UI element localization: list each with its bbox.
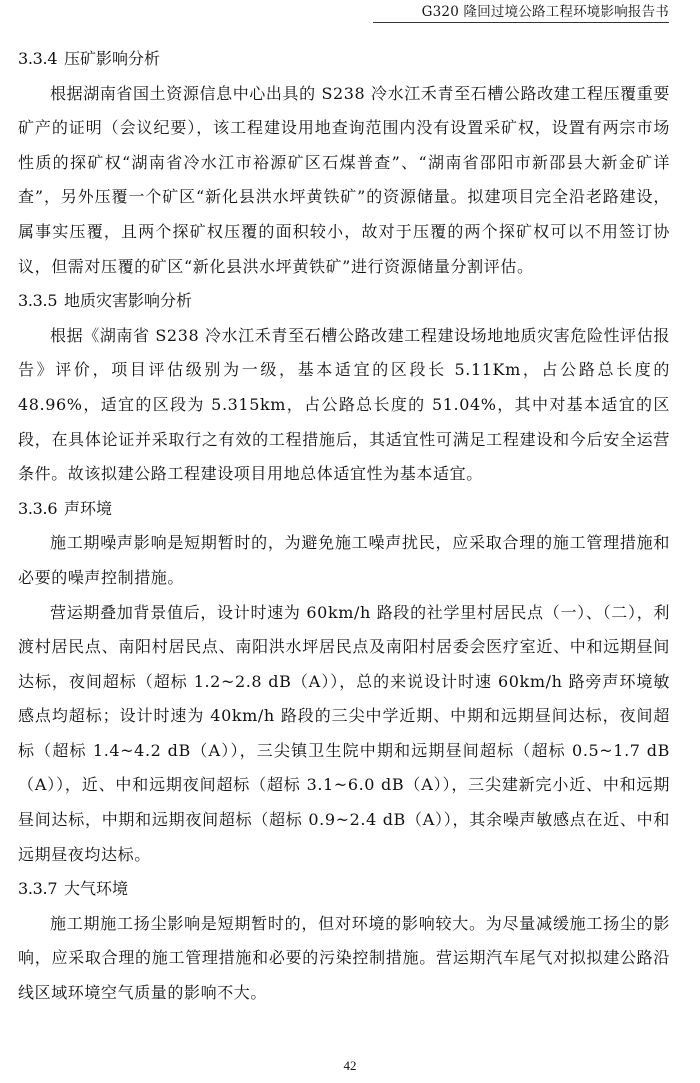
section-3-3-4: 3.3.4压矿影响分析 根据湖南省国土资源信息中心出具的 S238 冷水江禾青至… (18, 42, 670, 284)
section-number: 3.3.7 (18, 872, 64, 907)
section-title: 压矿影响分析 (64, 49, 160, 68)
section-number: 3.3.4 (18, 42, 64, 77)
section-heading: 3.3.4压矿影响分析 (18, 42, 670, 77)
paragraph: 施工期施工扬尘影响是短期暂时的，但对环境的影响较大。为尽量减缓施工扬尘的影响，应… (18, 907, 670, 1011)
document-body: 3.3.4压矿影响分析 根据湖南省国土资源信息中心出具的 S238 冷水江禾青至… (18, 42, 670, 1011)
section-heading: 3.3.6声环境 (18, 492, 670, 527)
paragraph: 施工期噪声影响是短期暂时的，为避免施工噪声扰民，应采取合理的施工管理措施和必要的… (18, 526, 670, 595)
page-number: 42 (0, 1058, 700, 1074)
paragraph: 根据《湖南省 S238 冷水江禾青至石槽公路改建工程建设场地地质灾害危险性评估报… (18, 319, 670, 492)
section-3-3-6: 3.3.6声环境 施工期噪声影响是短期暂时的，为避免施工噪声扰民，应采取合理的施… (18, 492, 670, 873)
section-heading: 3.3.7大气环境 (18, 872, 670, 907)
paragraph: 营运期叠加背景值后，设计时速为 60km/h 路段的社学里村居民点（一）、（二）… (18, 596, 670, 873)
paragraph: 根据湖南省国土资源信息中心出具的 S238 冷水江禾青至石槽公路改建工程压覆重要… (18, 77, 670, 285)
section-number: 3.3.5 (18, 284, 64, 319)
section-title: 声环境 (64, 499, 112, 518)
section-3-3-7: 3.3.7大气环境 施工期施工扬尘影响是短期暂时的，但对环境的影响较大。为尽量减… (18, 872, 670, 1010)
section-heading: 3.3.5地质灾害影响分析 (18, 284, 670, 319)
section-title: 大气环境 (64, 879, 128, 898)
section-3-3-5: 3.3.5地质灾害影响分析 根据《湖南省 S238 冷水江禾青至石槽公路改建工程… (18, 284, 670, 492)
section-number: 3.3.6 (18, 492, 64, 527)
running-header: G320 隆回过境公路工程环境影响报告书 (373, 4, 669, 23)
section-title: 地质灾害影响分析 (64, 291, 192, 310)
